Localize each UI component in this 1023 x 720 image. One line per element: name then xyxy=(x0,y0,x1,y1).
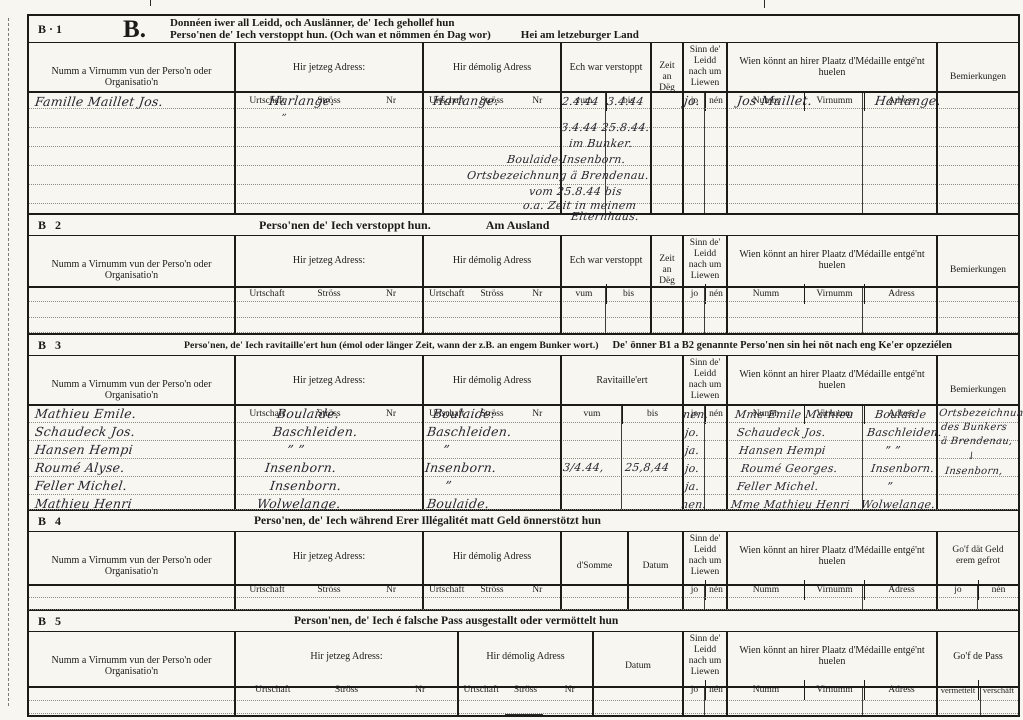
b3-row-medal-adress: ” xyxy=(886,480,894,493)
grid-vline xyxy=(560,586,562,609)
b2-body xyxy=(29,288,1018,333)
b3-ravitailleert-vum: 3/4.44, xyxy=(562,461,604,474)
b3-row-demolig: ” xyxy=(442,443,450,456)
b3-row-name: Mathieu Emile. xyxy=(34,407,137,420)
dotted-row-line xyxy=(29,184,1018,185)
section-b1-titlebar: B·1 B. Donnéen iwer all Leidd, och Auslä… xyxy=(29,16,1018,43)
b3-bem-line: ä Brendenau, xyxy=(940,435,1013,448)
b4-title: Perso'nen, de' Iech während Erer Illégal… xyxy=(254,515,601,527)
dotted-row-line xyxy=(29,422,1018,423)
b1-column-header: Numm a Virnumm vun der Perso'n oder Orga… xyxy=(29,43,1018,93)
b4-body xyxy=(29,586,1018,609)
dotted-row-line xyxy=(29,609,1018,610)
b3-ravitailleert-bis: 25,8,44 xyxy=(624,461,670,474)
section-id-b3: B 3 xyxy=(38,338,64,353)
section-id-b5: B 5 xyxy=(38,614,64,629)
section-b4-titlebar: B 4 Perso'nen, de' Iech während Erer Ill… xyxy=(29,511,1018,532)
b1-note-line: im Bunker. xyxy=(568,137,633,150)
scanned-form-page: { "page": { "form_letter": "B." }, "comm… xyxy=(0,0,1023,720)
b3-row-name: Hansen Hempi xyxy=(34,443,134,456)
form-letter-b: B. xyxy=(123,17,146,42)
grid-vline xyxy=(592,688,594,715)
b3-body: Mathieu Emile. Schaudeck Jos. Hansen Hem… xyxy=(29,406,1018,509)
b3-row-demolig: Boulaide: xyxy=(432,407,496,420)
b3-row-name: Schaudeck Jos. xyxy=(34,425,136,438)
b3-row-medal-name: Mme Emile Mathieu xyxy=(734,408,854,421)
b2-column-header: Numm a Virnumm vun der Perso'n oder Orga… xyxy=(29,236,1018,288)
b3-row-name: Feller Michel. xyxy=(34,479,128,492)
dotted-row-line xyxy=(29,494,1018,495)
b3-row-demolig: Boulaide. xyxy=(426,497,490,510)
b1-entry-sinn: jo. xyxy=(683,94,701,107)
section-b1-title: Donnéen iwer all Leidd, och Auslänner, d… xyxy=(170,17,639,42)
b1-title-line1: Donnéen iwer all Leidd, och Auslänner, d… xyxy=(170,17,639,30)
grid-vline xyxy=(422,586,424,609)
dotted-row-line xyxy=(29,476,1018,477)
grid-vline xyxy=(422,93,424,213)
grid-vline xyxy=(726,93,728,213)
grid-vline xyxy=(726,406,728,509)
b1-entry-name: Famille Maillet Jos. xyxy=(34,95,164,108)
dotted-row-line xyxy=(29,713,1018,714)
b1-note-line: vom 25.8.44 bis xyxy=(528,185,623,198)
section-id-b4: B 4 xyxy=(38,514,64,529)
b1-title-suffix: Hei am letzeburger Land xyxy=(521,29,639,41)
section-b5-titlebar: B 5 Person'nen, de' Iech é falsche Pass … xyxy=(29,611,1018,632)
form-b: B·1 B. Donnéen iwer all Leidd, och Auslä… xyxy=(27,14,1020,717)
grid-vline xyxy=(936,288,938,333)
b1-title-line2: Perso'nen de' Iech verstoppt hun. (Och w… xyxy=(170,29,639,42)
grid-vline xyxy=(936,93,938,213)
b3-row-name: Roumé Alyse. xyxy=(34,461,125,474)
b2-title: Perso'nen de' Iech verstoppt hun. xyxy=(259,218,431,233)
b3-row-medal-adress: ” ” xyxy=(884,444,901,457)
b4-column-header: Numm a Virnumm vun der Perso'n oder Orga… xyxy=(29,532,1018,586)
b3-row-medal-adress: Insenborn. xyxy=(870,462,935,475)
b3-row-sinn: nen. xyxy=(682,408,709,421)
b3-row-medal-name: Roumé Georges. xyxy=(740,462,838,475)
dotted-row-line xyxy=(29,332,1018,333)
section-b4: B 4 Perso'nen, de' Iech während Erer Ill… xyxy=(29,511,1018,611)
b1-entry-medal-adress: Harlange. xyxy=(874,94,942,107)
b3-column-header: Numm a Virnumm vun der Perso'n oder Orga… xyxy=(29,356,1018,406)
b1-body: Famille Maillet Jos. Harlange. ” Harlang… xyxy=(29,93,1018,213)
section-b2: B 2 Perso'nen de' Iech verstoppt hun. Am… xyxy=(29,215,1018,335)
b3-row-medal-name: Schaudeck Jos. xyxy=(736,426,826,439)
grid-vline-light xyxy=(704,688,705,715)
b3-row-demolig: ” xyxy=(444,479,452,492)
b3-row-jetzeg: Wolwelange. xyxy=(256,497,341,510)
left-margin-dashed-line xyxy=(8,18,9,706)
grid-vline xyxy=(682,93,684,213)
b1-entry-medal-name: Jos Maillet. xyxy=(736,94,813,107)
b1-note-line: Ortsbezeichnung ä Brendenau. xyxy=(466,169,650,182)
b3-row-jetzeg: Insenborn. xyxy=(269,479,342,492)
grid-vline xyxy=(682,688,684,715)
section-id-b2: B 2 xyxy=(38,218,64,233)
grid-vline xyxy=(936,688,938,715)
dotted-row-line xyxy=(29,700,1018,701)
grid-vline xyxy=(422,288,424,333)
grid-vline xyxy=(234,586,236,609)
b3-title-suffix: De' önner B1 a B2 genannte Perso'nen sin… xyxy=(613,340,952,351)
grid-vline-light xyxy=(862,586,863,609)
b3-row-medal-name: Hansen Hempi xyxy=(738,444,826,457)
section-id-b1: B·1 xyxy=(38,22,65,37)
b3-row-jetzeg: Insenborn. xyxy=(264,461,337,474)
b1-entry-bis: 3.4.44 xyxy=(606,95,644,108)
b3-row-sinn: ja. xyxy=(684,444,700,457)
b1-note-line: 3.4.44 25.8.44. xyxy=(560,121,650,134)
grid-vline-light xyxy=(862,288,863,333)
b3-row-medal-name: Feller Michel. xyxy=(736,480,819,493)
grid-vline-light xyxy=(977,586,978,609)
dotted-row-line xyxy=(29,301,1018,302)
grid-vline xyxy=(627,586,629,609)
grid-vline xyxy=(560,288,562,333)
grid-vline xyxy=(650,288,652,333)
b3-row-sinn: nen. xyxy=(680,498,707,511)
b3-row-demolig: Baschleiden. xyxy=(426,425,512,438)
b3-row-sinn: jo. xyxy=(684,426,700,439)
dotted-row-line xyxy=(29,108,1018,109)
b2-subtitle: Am Ausland xyxy=(486,218,550,233)
b1-note-line: Elternhaus. xyxy=(570,210,640,223)
b3-row-name: Mathieu Henri xyxy=(34,497,133,510)
b5-body xyxy=(29,688,1018,715)
top-tick-mark xyxy=(150,0,151,6)
dotted-row-line xyxy=(29,127,1018,128)
grid-vline-light xyxy=(704,288,705,333)
dotted-row-line xyxy=(29,317,1018,318)
grid-vline xyxy=(234,93,236,213)
grid-vline xyxy=(682,288,684,333)
grid-vline-light xyxy=(704,586,705,609)
grid-vline xyxy=(234,406,236,509)
b1-entry-vum: 2.4.44 xyxy=(561,95,599,108)
grid-vline xyxy=(936,586,938,609)
b3-row-medal-adress: Wolwelange. xyxy=(860,498,936,511)
b3-row-sinn: jo. xyxy=(684,462,700,475)
b3-row-medal-name: Mme Mathieu Henri xyxy=(730,498,850,511)
b3-row-medal-adress: Boulaide xyxy=(874,408,927,421)
grid-vline xyxy=(936,406,938,509)
grid-vline-light xyxy=(605,288,606,333)
dotted-row-line xyxy=(29,440,1018,441)
b3-bem-line: Ortsbezeichnung xyxy=(938,407,1023,420)
grid-vline-light xyxy=(862,93,863,213)
top-tick-mark xyxy=(764,0,765,8)
arrow-down-icon: ↓ xyxy=(966,450,976,463)
b3-row-jetzeg: Baschleiden. xyxy=(272,425,358,438)
section-b2-titlebar: B 2 Perso'nen de' Iech verstoppt hun. Am… xyxy=(29,215,1018,236)
grid-vline xyxy=(682,406,684,509)
grid-vline xyxy=(422,406,424,509)
section-b3: B 3 Perso'nen, de' Iech ravitaille'ert h… xyxy=(29,335,1018,511)
grid-vline xyxy=(234,688,236,715)
grid-vline-light xyxy=(862,406,863,509)
b1-note-line: Boulaide-Insenborn. xyxy=(506,153,626,166)
grid-vline-light xyxy=(980,688,981,715)
grid-vline xyxy=(560,406,562,509)
b3-row-medal-adress: Baschleiden. xyxy=(866,426,942,439)
b3-title: Perso'nen, de' Iech ravitaille'ert hun (… xyxy=(184,340,599,351)
grid-vline xyxy=(650,93,652,213)
b1-entry-demolig: Harlange. xyxy=(432,94,500,107)
b3-row-jetzeg: ” ” xyxy=(286,443,305,456)
b1-entry-jetzeg-ditto: ” xyxy=(280,112,287,125)
section-b3-titlebar: B 3 Perso'nen, de' Iech ravitaille'ert h… xyxy=(29,335,1018,356)
grid-vline-light xyxy=(704,93,705,213)
section-b5: B 5 Person'nen, de' Iech é falsche Pass … xyxy=(29,611,1018,715)
b3-bem-line: Insenborn, xyxy=(944,465,1003,478)
grid-vline-light xyxy=(862,688,863,715)
b5-title: Person'nen, de' Iech é falsche Pass ausg… xyxy=(294,615,618,627)
grid-vline-light xyxy=(621,406,622,509)
dotted-row-line xyxy=(29,146,1018,147)
b1-entry-jetzeg: Harlange. xyxy=(268,94,336,107)
section-b1: B·1 B. Donnéen iwer all Leidd, och Auslä… xyxy=(29,16,1018,215)
dotted-row-line xyxy=(29,597,1018,598)
b5-column-header: Numm a Virnumm vun der Perso'n oder Orga… xyxy=(29,632,1018,688)
b3-row-jetzeg: Boulaide. xyxy=(276,407,340,420)
grid-vline xyxy=(234,288,236,333)
dotted-row-line xyxy=(29,458,1018,459)
grid-vline xyxy=(726,288,728,333)
grid-vline-light xyxy=(704,406,705,509)
b3-row-sinn: ja. xyxy=(684,480,700,493)
grid-vline xyxy=(682,586,684,609)
grid-vline xyxy=(726,688,728,715)
b3-bem-line: des Bunkers xyxy=(940,421,1008,434)
grid-vline xyxy=(457,688,459,715)
grid-vline xyxy=(726,586,728,609)
b3-row-demolig: Insenborn. xyxy=(424,461,497,474)
